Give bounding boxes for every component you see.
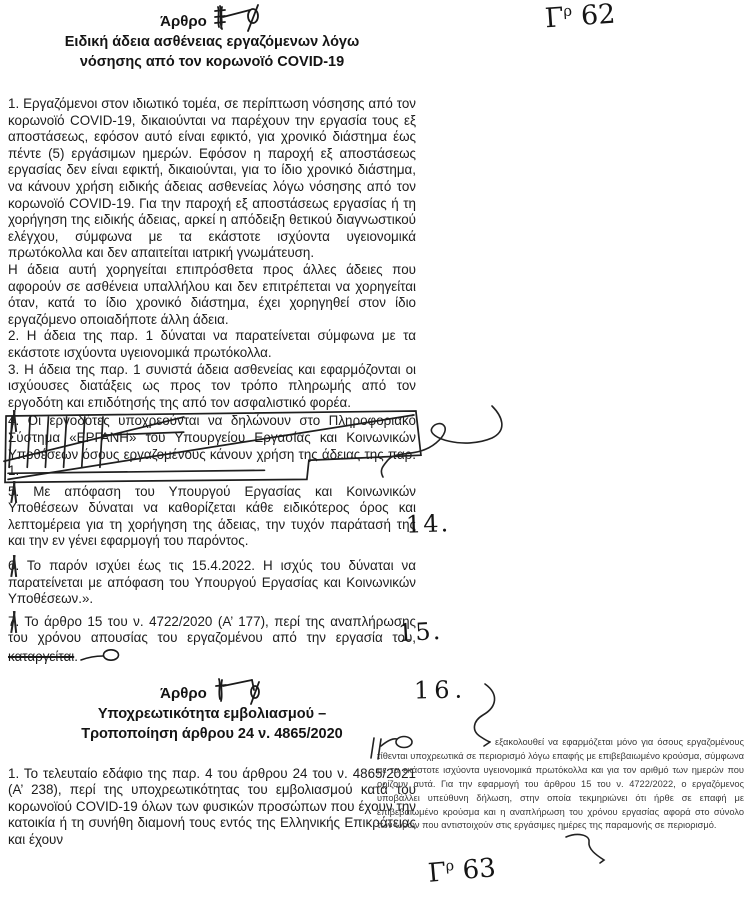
scribbled-article-number-proofmark-icon (210, 2, 264, 32)
paragraph-6: 6. Το παρόν ισχύει έως τις 15.4.2022. Η … (8, 558, 416, 608)
handwritten-page-number-63: Γρ 63 (427, 853, 497, 889)
paragraph-7-number: 7. (8, 614, 19, 631)
scribbled-article-number-proofmark-icon (210, 674, 264, 704)
page-number-value: 62 (580, 0, 616, 32)
paragraph-1b: Η άδεια αυτή χορηγείται επιπρόσθετα προς… (8, 262, 416, 328)
paragraph-2: 2. Η άδεια της παρ. 1 δύναται να παρατεί… (8, 328, 416, 361)
handwritten-circle-mark-icon (80, 647, 122, 663)
article-1-heading-label: Άρθρο (160, 13, 207, 30)
handwritten-renumber-16: 16. (414, 676, 468, 705)
handwritten-renumber-15: 15. (397, 617, 443, 647)
scanned-document-page: Άρθρο Ειδική άδεια ασθένειας εργαζόμενων… (0, 0, 750, 905)
paragraph-4-deleted: 4. Οι εργοδότες υποχρεούνται να δηλώνουν… (8, 413, 416, 479)
page-number-value: 63 (461, 853, 497, 886)
article-1-header: Άρθρο Ειδική άδεια ασθένειας εργαζόμενων… (8, 12, 416, 72)
paragraph-7: 7. Το άρθρο 15 του ν. 4722/2020 (Α’ 177)… (8, 614, 416, 666)
page-number-sup: ρ (563, 2, 573, 21)
article-2-heading-line: Άρθρο (8, 684, 416, 704)
sidenote-arrow-curve-icon (474, 684, 494, 742)
page-number-letter: Γ (544, 2, 565, 34)
article-1-title-line2: νόσησης από τον κορωνοϊό COVID-19 (8, 52, 416, 72)
article-2-title-line2: Τροποποίηση άρθρου 24 ν. 4865/2020 (8, 724, 416, 744)
inserted-provision-sidenote: εξακολουθεί να εφαρμόζεται μόνο για όσου… (377, 736, 744, 833)
page-number-sup: ρ (445, 858, 455, 875)
article-1-title-line1: Ειδική άδεια ασθένειας εργαζόμενων λόγω (8, 32, 416, 52)
paragraph-4-text: Οι εργοδότες υποχρεούνται να δηλώνουν στ… (8, 413, 416, 478)
paragraph-1: 1. Εργαζόμενοι στον ιδιωτικό τομέα, σε π… (8, 96, 416, 262)
article-2-header: Άρθρο Υποχρεωτικότητα εμβολιασμού – Τροπ… (8, 684, 416, 744)
paragraph-6-text: Το παρόν ισχύει έως τις 15.4.2022. Η ισχ… (8, 558, 416, 606)
article-2-heading-label: Άρθρο (160, 685, 207, 702)
sidenote-end-squiggle-icon (566, 835, 604, 863)
paragraph-3: 3. Η άδεια της παρ. 1 συνιστά άδεια ασθε… (8, 362, 416, 412)
struck-word-katargeitai: καταργείται (8, 649, 74, 664)
paragraph-7-text-before: Το άρθρο 15 του ν. 4722/2020 (Α’ 177), π… (8, 614, 416, 646)
paragraph-5: 5. Με απόφαση του Υπουργού Εργασίας και … (8, 484, 416, 550)
article-2-paragraph-1: 1. Το τελευταίο εδάφιο της παρ. 4 του άρ… (8, 766, 416, 849)
main-text-column: Άρθρο Ειδική άδεια ασθένειας εργαζόμενων… (8, 12, 416, 849)
paragraph-5-number: 5. (8, 484, 19, 501)
paragraph-4-number: 4. (8, 413, 19, 430)
handwritten-renumber-14: 14. (406, 509, 451, 539)
article-1-heading-line: Άρθρο (8, 12, 416, 32)
article-2-title-line1: Υποχρεωτικότητα εμβολιασμού – (8, 704, 416, 724)
paragraph-5-text: Με απόφαση του Υπουργού Εργασίας και Κοι… (8, 484, 416, 549)
handwritten-page-number-62: Γρ 62 (544, 0, 616, 34)
paragraph-7-text-after: . (74, 649, 78, 664)
paragraph-6-number: 6. (8, 558, 19, 575)
